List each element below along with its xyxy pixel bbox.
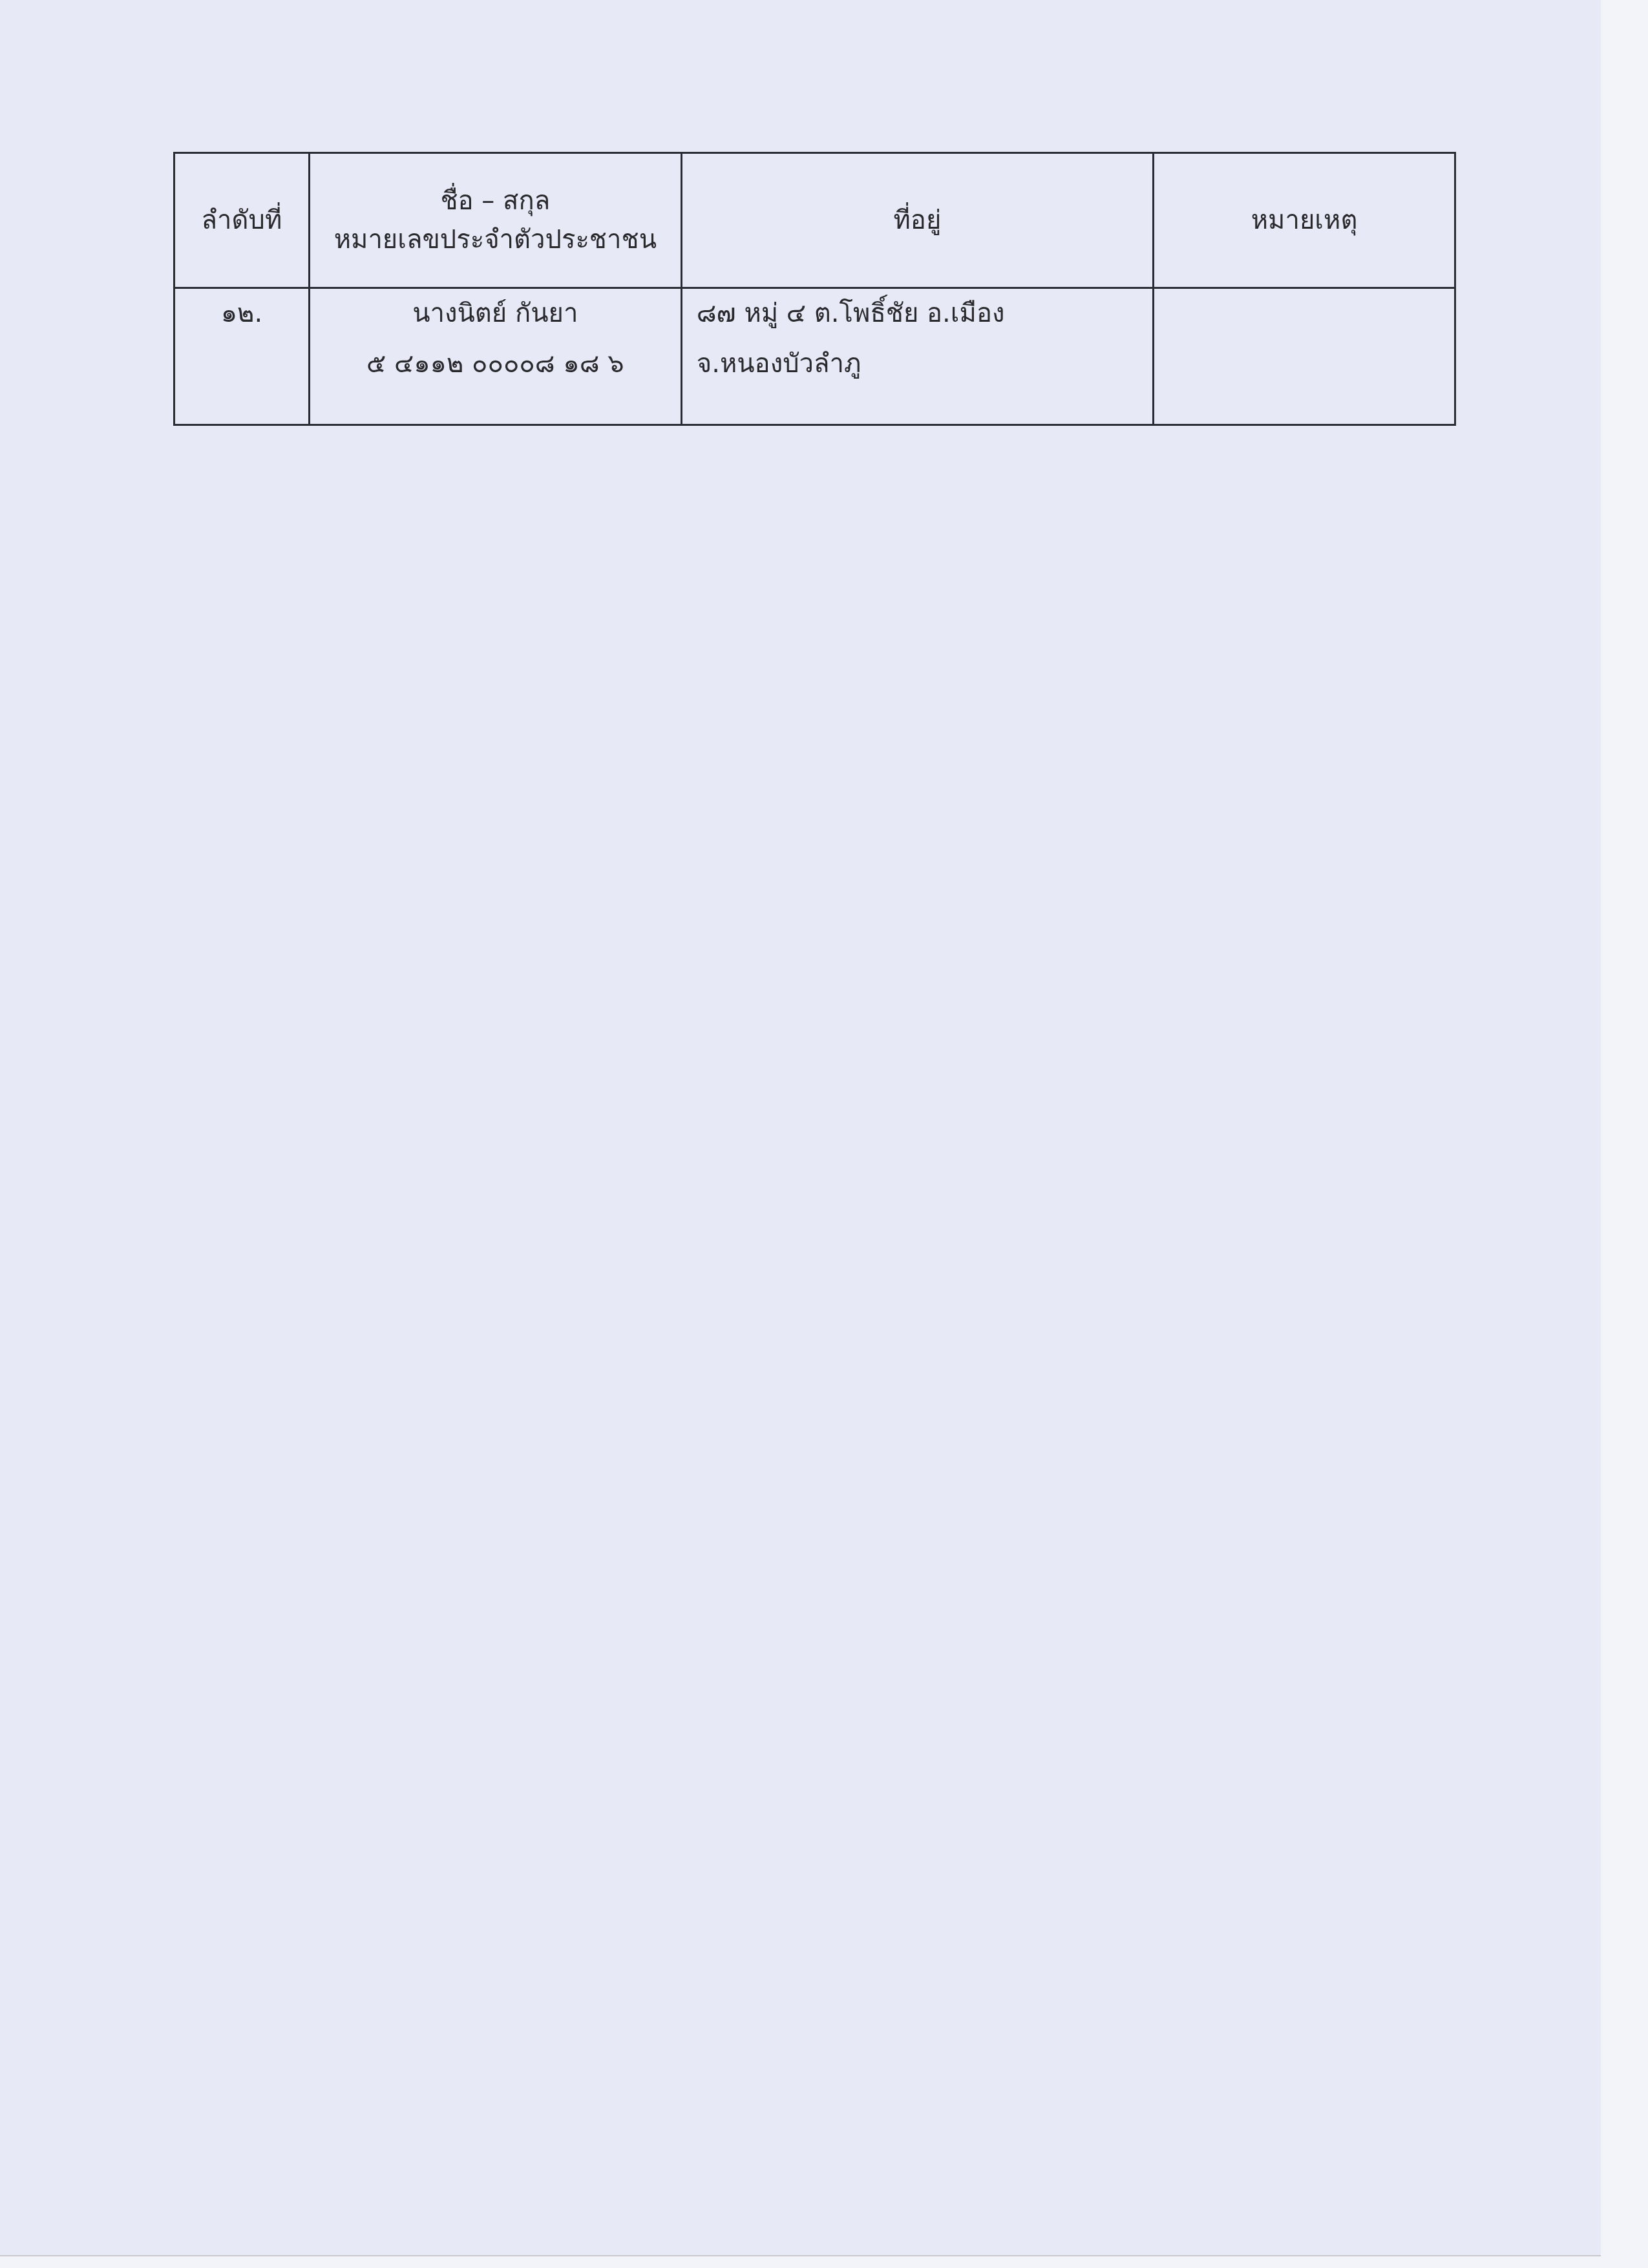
header-address: ที่อยู่ [681, 153, 1153, 288]
header-remark: หมายเหตุ [1154, 153, 1455, 288]
person-address-table: ลำดับที่ ชื่อ – สกุล หมายเลขประจำตัวประช… [173, 152, 1456, 426]
row-name: นางนิตย์ กันยา [311, 294, 680, 333]
table-row: ๑๒. นางนิตย์ กันยา ๕ ๔๑๑๒ ๐๐๐๐๘ ๑๘ ๖ ๘๗ … [174, 288, 1455, 425]
row-id-number: ๕ ๔๑๑๒ ๐๐๐๐๘ ๑๘ ๖ [311, 344, 680, 383]
header-name-id: ชื่อ – สกุล หมายเลขประจำตัวประชาชน [309, 153, 681, 288]
table-header-row: ลำดับที่ ชื่อ – สกุล หมายเลขประจำตัวประช… [174, 153, 1455, 288]
row-remark [1154, 288, 1455, 425]
row-address-line2: จ.หนองบัวลำภู [697, 344, 1152, 383]
document-page: ลำดับที่ ชื่อ – สกุล หมายเลขประจำตัวประช… [0, 0, 1601, 2256]
row-address-line1: ๘๗ หมู่ ๔ ต.โพธิ์ชัย อ.เมือง [697, 294, 1152, 333]
row-name-id: นางนิตย์ กันยา ๕ ๔๑๑๒ ๐๐๐๐๘ ๑๘ ๖ [309, 288, 681, 425]
header-id-number: หมายเลขประจำตัวประชาชน [311, 220, 680, 259]
row-address: ๘๗ หมู่ ๔ ต.โพธิ์ชัย อ.เมือง จ.หนองบัวลำ… [681, 288, 1153, 425]
header-name: ชื่อ – สกุล [311, 182, 680, 220]
header-sequence-number: ลำดับที่ [174, 153, 310, 288]
row-sequence-number: ๑๒. [174, 288, 310, 425]
